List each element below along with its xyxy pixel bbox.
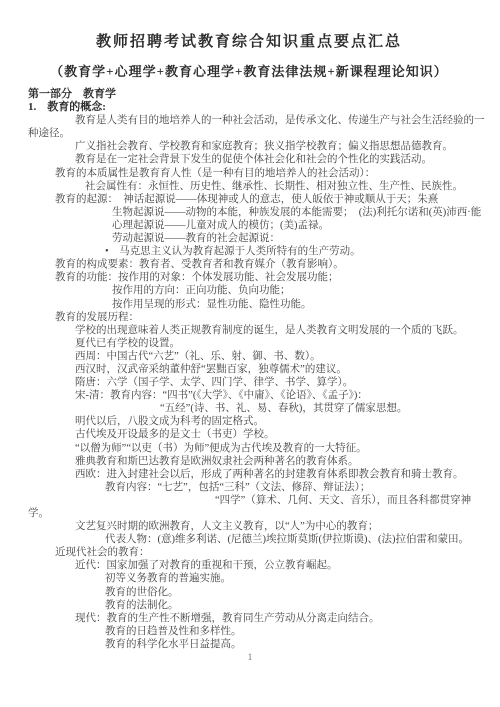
text-line: 教育是人类有目的地培养人的一种社会活动，是传承文化、传递生产与社会生活经验的一 xyxy=(75,114,470,127)
text-line: 教育的法制化。 xyxy=(105,599,470,612)
text-line: “以僧为师”“以吏（书）为师”便成为古代埃及教育的一大特征。 xyxy=(75,442,470,455)
text-line: 心理起源说——儿童对成人的模仿；(美)孟禄。 xyxy=(112,219,470,232)
text-line: 广义指社会教育、学校教育和家庭教育；狭义指学校教育；偏义指思想品德教育。 xyxy=(75,140,470,153)
text-line: 近现代社会的教育： xyxy=(55,546,470,559)
text-line: 生物起源说——动物的本能，种族发展的本能需要； (法)利托尔诺和(英)沛西·能 xyxy=(112,206,470,219)
text-line: 学校的出现意味着人类正规教育制度的诞生，是人类教育文明发展的一个质的飞跃。 xyxy=(75,324,470,337)
text-line: 1. 教育的概念: xyxy=(28,101,470,114)
document-title: 教师招聘考试教育综合知识重点要点汇总 xyxy=(28,34,470,51)
text-line: 按作用呈现的形式：显性功能、隐性功能。 xyxy=(112,298,470,311)
text-line: 西汉时，汉武帝采纳董仲舒“罢黜百家，独尊儒术”的建议。 xyxy=(75,363,470,376)
text-line: 教育的世俗化。 xyxy=(105,586,470,599)
text-line: 宋-清：教育内容：“四书”(《大学》、《中庸》、《论语》、《孟子》)： xyxy=(75,389,470,402)
text-line: 教育的发展历程： xyxy=(55,311,470,324)
text-line: 文艺复兴时期的欧洲教育，人文主义教育，以“人”为中心的教育； xyxy=(75,520,470,533)
document-subtitle: （教育学+心理学+教育心理学+教育法律法规+新课程理论知识） xyxy=(28,64,470,79)
text-line: 教育的本质属性是教育育人性（是一种有目的地培养人的社会活动）： xyxy=(55,167,470,180)
text-line: 西周：中国古代“六艺”（礼、乐、射、御、书、数）。 xyxy=(75,350,470,363)
text-line: 种途径。 xyxy=(28,127,470,140)
text-line: 第一部分 教育学 xyxy=(28,88,470,101)
text-line: “五经”(诗、书、礼、易、春秋)，其贯穿了儒家思想。 xyxy=(160,402,470,415)
text-line: 古代埃及开设最多的是文士（书吏）学校。 xyxy=(75,428,470,441)
text-line: 明代以后，八股文成为科考的固定格式。 xyxy=(75,415,470,428)
text-line: 教育的功能：按作用的对象：个体发展功能、社会发展功能； xyxy=(55,271,470,284)
text-line: 教育内容：“七艺”，包括“三科”（文法、修辞、辩证法）； xyxy=(105,481,470,494)
text-line: 代表人物：(意)维多利诺、(尼德兰)埃拉斯莫斯(伊拉斯谟)、(法)拉伯雷和蒙田。 xyxy=(105,533,470,546)
text-line: 现代：教育的生产性不断增强，教育同生产劳动从分离走向结合。 xyxy=(75,612,470,625)
text-line: 近代：国家加强了对教育的重视和干预，公立教育崛起。 xyxy=(75,559,470,572)
text-line: 教育的起源： 神话起源说——体现神或人的意志，使人皈依于神或顺从于天；朱熹 xyxy=(55,193,470,206)
text-line: 教育是在一定社会背景下发生的促使个体社会化和社会的个性化的实践活动。 xyxy=(75,153,470,166)
text-line: 按作用的方向：正向功能、负向功能； xyxy=(112,284,470,297)
page-number: 1 xyxy=(0,652,500,662)
text-line: 教育的日趋普及性和多样性。 xyxy=(105,625,470,638)
text-line: 学。 xyxy=(28,507,470,520)
text-line: “四学”（算术、几何、天文、音乐），而且各科都贯穿神 xyxy=(215,494,470,507)
text-line: 初等义务教育的普遍实施。 xyxy=(105,572,470,585)
document-body: 第一部分 教育学1. 教育的概念:教育是人类有目的地培养人的一种社会活动，是传承… xyxy=(28,88,470,651)
document-page: 教师招聘考试教育综合知识重点要点汇总 （教育学+心理学+教育心理学+教育法律法规… xyxy=(0,0,500,707)
text-line: 社会属性有：永恒性、历史性、继承性、长期性、相对独立性、生产性、民族性。 xyxy=(85,180,470,193)
text-line: 隋唐：六学（国子学、太学、四门学、律学、书学、算学）。 xyxy=(75,376,470,389)
text-line: 西欧：进入封建社会以后，形成了两种著名的封建教育体系即教会教育和骑士教育。 xyxy=(75,468,470,481)
text-line: • 马克思主义认为教育起源于人类所特有的生产劳动。 xyxy=(105,245,470,258)
text-line: 教育的构成要素：教育者、受教育者和教育媒介（教育影响）。 xyxy=(55,258,470,271)
text-line: 教育的科学化水平日益提高。 xyxy=(105,638,470,651)
text-line: 雅典教育和斯巴达教育是欧洲奴隶社会两种著名的教育体系。 xyxy=(75,455,470,468)
text-line: 夏代已有学校的设置。 xyxy=(75,337,470,350)
text-line: 劳动起源说——教育的社会起源说： xyxy=(112,232,470,245)
